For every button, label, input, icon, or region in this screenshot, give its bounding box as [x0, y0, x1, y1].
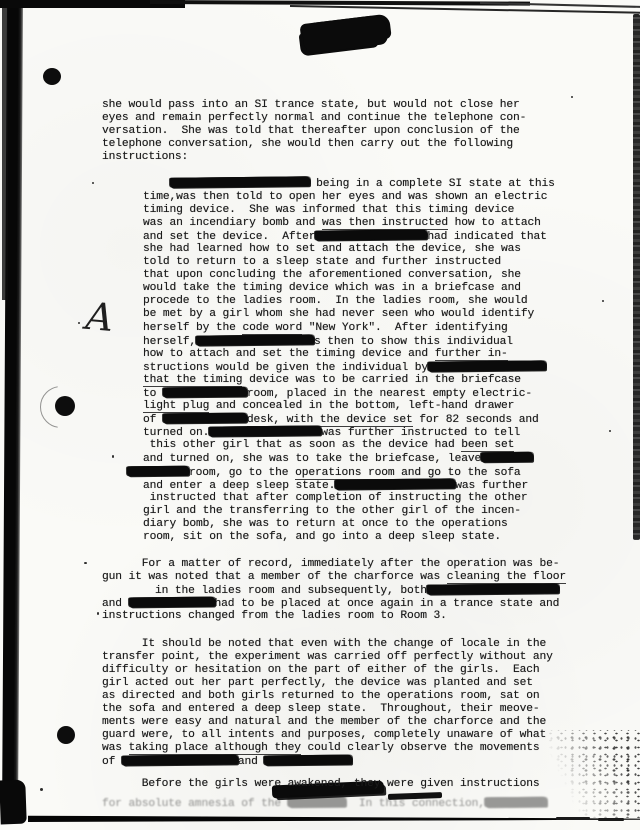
text-segment: was [102, 742, 129, 754]
scan-corner-blob [0, 780, 27, 825]
text-segment: Before the girls were awakened, they wer… [102, 778, 540, 790]
text-segment: s then to show this individual [314, 336, 513, 348]
ink-speck [112, 455, 114, 458]
text-segment: light plug [143, 400, 209, 413]
text-segment: could clearly observe the movements [301, 742, 540, 754]
text-line: transfer point, the experiment was carri… [102, 651, 602, 664]
redaction-bar [288, 796, 346, 807]
text-segment: diary bomb, she was to return at once to… [143, 518, 508, 530]
text-segment: that the timing [143, 374, 242, 387]
text-segment: of [102, 756, 122, 768]
scan-edge-top-secondary [150, 0, 530, 6]
paragraph: Before the girls were awakened, they wer… [102, 778, 602, 791]
text-line: and turned on, she was to take the brief… [143, 452, 602, 465]
redaction-bar [163, 413, 247, 424]
ink-speck [78, 322, 80, 324]
ink-speck [92, 182, 94, 184]
text-segment: guard were, to all intents and purposes,… [102, 729, 546, 741]
text-line: turned on.was further instructed to tell [143, 426, 602, 439]
text-line: instructions: [102, 151, 602, 164]
redaction-bar [127, 465, 189, 476]
text-line: herself by the code word "New York". Aft… [143, 322, 602, 335]
ink-speck [84, 562, 87, 564]
text-segment: and enter a deep sleep state. [143, 480, 335, 492]
text-line: time,was then told to open her eyes and … [143, 191, 602, 204]
text-line: she had learned how to set and attach th… [143, 243, 602, 256]
text-segment: instructions: [102, 151, 188, 163]
text-segment: cleaning the floor [447, 571, 566, 584]
text-segment: For a matter of record, immediately afte… [102, 558, 559, 570]
text-segment: instructed that after completion of inst… [143, 492, 528, 504]
text-segment: was further instructed to tell [321, 427, 520, 439]
text-segment: room, go to the [189, 467, 295, 479]
text-line: procede to the ladies room. In the ladie… [143, 295, 602, 308]
redaction-bar [264, 755, 352, 766]
ink-speck [602, 300, 604, 302]
text-line: for absolute amnesia of the In this conn… [102, 797, 602, 810]
text-segment: time,was then told to open her eyes and … [143, 191, 547, 203]
redaction-blob-top [302, 15, 389, 54]
text-line: and set the device. Afterhad indicated t… [143, 230, 602, 243]
text-segment: further in- [435, 348, 508, 361]
paragraph: she would pass into an SI trance state, … [102, 99, 602, 164]
text-line: room, go to the operations room and go t… [143, 466, 602, 479]
text-segment: room, placed in the nearest empty electr… [247, 388, 532, 400]
document-body: she would pass into an SI trance state, … [102, 99, 602, 810]
text-line: difficulty or hesitation on the part of … [102, 664, 602, 677]
text-line: structions would be given the individual… [143, 361, 602, 374]
text-segment: transfer point, the experiment was carri… [102, 651, 553, 663]
text-line: room, sit on the sofa, and go into a dee… [143, 531, 602, 544]
redaction-bar [122, 755, 238, 766]
text-line: light plug and concealed in the bottom, … [143, 400, 602, 413]
redaction-bar [315, 229, 427, 240]
text-segment: as directed and both girls returned to t… [102, 690, 540, 702]
text-segment: and [102, 598, 129, 610]
redaction-bar [335, 478, 455, 489]
text-line: being in a complete SI state at this [143, 177, 602, 190]
text-segment: would take the timing device which was i… [143, 282, 521, 294]
redaction-bar [169, 177, 309, 188]
text-line: telephone conversation, she would then c… [102, 138, 602, 151]
text-line: timing device. She was informed that thi… [143, 204, 602, 217]
text-line: this other girl that as soon as the devi… [143, 439, 602, 452]
text-segment: was an incendiary bomb and [143, 217, 322, 229]
scan-speckle-patch [545, 730, 640, 818]
text-segment: and go to the sofa [395, 467, 521, 479]
text-segment: code word [242, 322, 302, 335]
text-line: ments were easy and natural and the memb… [102, 716, 602, 729]
text-line: It should be noted that even with the ch… [102, 638, 602, 651]
hole-punch [57, 726, 75, 744]
text-line: instructions changed from the ladies roo… [102, 610, 602, 623]
scan-edge-top-line [290, 5, 640, 14]
text-segment: and [238, 756, 265, 768]
text-line: and had to be placed at once again in a … [102, 597, 602, 610]
text-line: how to attach and set the timing device … [143, 348, 602, 361]
text-segment: was then instructed [322, 217, 448, 230]
text-segment: was further [455, 480, 528, 492]
redaction-bar [196, 334, 314, 345]
text-segment: being in a complete SI state at this [310, 178, 555, 190]
text-segment: been set [461, 439, 514, 452]
text-segment: how to attach [448, 217, 541, 229]
text-line: was taking place although they could cle… [102, 742, 602, 755]
text-segment: room, sit on the sofa, and go into a dee… [143, 531, 501, 543]
text-line: that upon concluding the aforementioned … [143, 269, 602, 282]
text-segment: gun it was noted that a member of the ch… [102, 571, 447, 583]
text-segment: and set the device. After [143, 231, 315, 243]
text-segment: girl acted out her part perfectly, the d… [102, 677, 533, 689]
text-segment: structions would be given the individual… [143, 362, 428, 374]
text-segment: and turned on, she was to take the brief… [143, 453, 481, 465]
text-segment: and concealed in the bottom, left-hand d… [209, 400, 514, 412]
text-line: to room, placed in the nearest empty ele… [143, 387, 602, 400]
text-segment: difficulty or hesitation on the part of … [102, 664, 540, 676]
scan-edge-right [633, 14, 640, 540]
text-segment: herself, [143, 336, 196, 348]
text-line: was an incendiary bomb and was then inst… [143, 217, 602, 230]
text-segment: girl and the transferring to the other g… [143, 505, 521, 517]
text-segment: versation. She was told that thereafter … [102, 125, 520, 137]
scanned-document-page: A she would pass into an SI trance state… [0, 0, 640, 830]
text-segment: turned on. [143, 427, 209, 439]
text-segment: telephone conversation, she would then c… [102, 138, 513, 150]
text-segment: she had learned how to set and attach th… [143, 243, 521, 255]
text-line: would take the timing device which was i… [143, 282, 602, 295]
text-line: the sofa and entered a deep sleep state.… [102, 703, 602, 716]
text-segment: of [143, 414, 163, 426]
scan-edge-left-secondary [2, 0, 8, 300]
text-segment: had indicated that [427, 231, 546, 243]
text-segment: how to attach and set the timing device … [143, 348, 435, 360]
text-line: eyes and remain perfectly normal and con… [102, 112, 602, 125]
paragraph: For a matter of record, immediately afte… [102, 558, 602, 623]
text-line: she would pass into an SI trance state, … [102, 99, 602, 112]
redaction-bar [481, 452, 533, 463]
text-segment: she would pass into an SI trance state, … [102, 99, 520, 111]
paragraph: It should be noted that even with the ch… [102, 638, 602, 769]
text-line: as directed and both girls returned to t… [102, 690, 602, 703]
text-line: diary bomb, she was to return at once to… [143, 518, 602, 531]
text-line: that the timing device was to be carried… [143, 374, 602, 387]
text-segment: this other girl that as soon as the devi… [143, 439, 461, 451]
text-segment [143, 178, 170, 190]
text-segment: for 82 seconds and [413, 414, 539, 426]
ink-speck [97, 612, 99, 615]
text-line: in the ladies room and subsequently, bot… [102, 584, 602, 597]
text-segment: It should be noted that even with the ch… [102, 638, 546, 650]
text-line: be met by a girl whom she had never seen… [143, 308, 602, 321]
ink-speck [571, 96, 573, 98]
text-line: of desk, with the device set for 82 seco… [143, 413, 602, 426]
redaction-bar [209, 426, 321, 437]
text-segment: herself by the [143, 322, 242, 334]
redaction-bar [428, 360, 546, 371]
text-segment: for absolute amnesia of the [102, 798, 288, 810]
bottom-scan-dash [598, 818, 624, 821]
text-segment: device was to be carried in the briefcas… [242, 374, 520, 386]
text-line: versation. She was told that thereafter … [102, 125, 602, 138]
paragraph: being in a complete SI state at thistime… [143, 177, 602, 544]
hole-punch [55, 396, 75, 416]
text-line: girl and the transferring to the other g… [143, 505, 602, 518]
paragraph: for absolute amnesia of the In this conn… [102, 797, 602, 810]
text-segment: that upon concluding the aforementioned … [143, 269, 521, 281]
text-line: Before the girls were awakened, they wer… [102, 778, 602, 791]
redaction-bar [485, 796, 547, 807]
ink-speck [609, 430, 611, 432]
text-segment: In this connection, [346, 798, 485, 810]
text-segment: timing device. She was informed that thi… [143, 204, 514, 216]
text-segment: procede to the ladies room. In the ladie… [143, 295, 528, 307]
text-line: told to return to a sleep state and furt… [143, 256, 602, 269]
text-segment: eyes and remain perfectly normal and con… [102, 112, 526, 124]
text-line: girl acted out her part perfectly, the d… [102, 677, 602, 690]
text-segment: told to return to a sleep state and furt… [143, 256, 501, 268]
text-segment: had to be placed at once again in a tran… [215, 598, 560, 610]
text-line: For a matter of record, immediately afte… [102, 558, 602, 571]
text-segment: to [143, 388, 163, 400]
text-segment: ments were easy and natural and the memb… [102, 716, 546, 728]
text-segment: instructions changed from the ladies roo… [102, 610, 447, 622]
text-segment: "New York". After identifying [302, 322, 508, 334]
ink-speck [40, 788, 43, 791]
text-segment: in the ladies room and subsequently, bot… [102, 585, 427, 597]
text-line: herself,s then to show this individual [143, 335, 602, 348]
text-line: and enter a deep sleep state.was further [143, 479, 602, 492]
redaction-bar [427, 584, 559, 595]
redaction-bar [163, 387, 247, 398]
text-line: instructed that after completion of inst… [143, 492, 602, 505]
hole-punch [43, 68, 61, 85]
redaction-bar [128, 597, 214, 608]
text-segment: the sofa and entered a deep sleep state.… [102, 703, 540, 715]
text-segment: taking place although they [129, 742, 301, 755]
text-line: of and [102, 755, 602, 768]
text-line: gun it was noted that a member of the ch… [102, 571, 602, 584]
text-line: guard were, to all intents and purposes,… [102, 729, 602, 742]
text-segment: operations room [295, 467, 394, 480]
text-segment: be met by a girl whom she had never seen… [143, 308, 534, 320]
